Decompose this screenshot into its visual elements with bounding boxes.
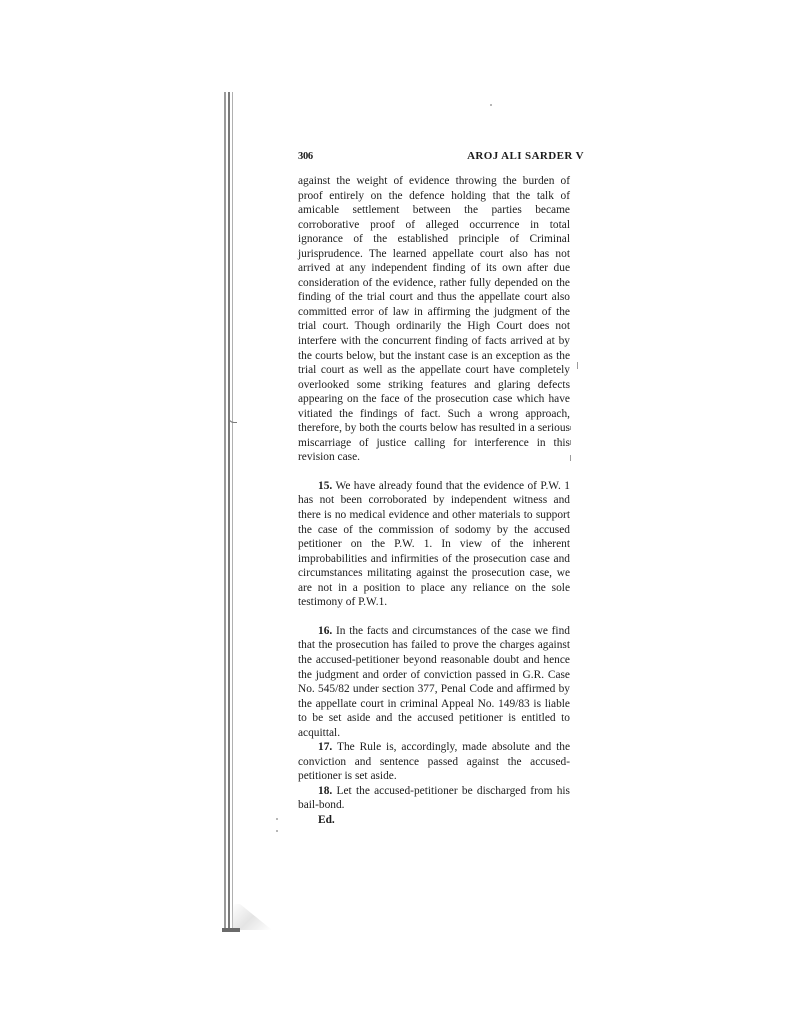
binding-shadow <box>232 904 272 930</box>
case-title: AROJ ALI SARDER V <box>467 150 584 162</box>
binding-line <box>232 92 233 930</box>
paragraph-16: 16. In the facts and circumstances of th… <box>298 624 570 740</box>
document-page: 306 AROJ ALI SARDER V against the weight… <box>298 150 570 828</box>
paragraph-number: 17. <box>318 741 332 753</box>
scanned-page: 306 AROJ ALI SARDER V against the weight… <box>0 0 791 1023</box>
binding-foot <box>222 928 240 932</box>
margin-mark <box>577 362 578 369</box>
paragraph-text: In the facts and circumstances of the ca… <box>298 625 570 739</box>
margin-mark <box>570 426 571 430</box>
paragraph-17: 17. The Rule is, accordingly, made absol… <box>298 740 570 784</box>
paragraph-gap <box>298 465 570 479</box>
paragraph-gap <box>298 610 570 624</box>
paragraph-text: We have already found that the evidence … <box>298 480 570 608</box>
paragraph-18: 18. Let the accused-petitioner be discha… <box>298 784 570 813</box>
speck <box>276 830 278 832</box>
margin-mark <box>570 455 571 461</box>
running-head: 306 AROJ ALI SARDER V <box>298 150 570 168</box>
binding-line <box>224 92 226 930</box>
binding-curl <box>228 410 237 423</box>
paragraph-text: The Rule is, accordingly, made absolute … <box>298 741 570 782</box>
binding-line <box>228 92 230 930</box>
paragraph-number: 18. <box>318 785 332 797</box>
paragraph-continuation: against the weight of evidence throwing … <box>298 174 570 465</box>
paragraph-text: against the weight of evidence throwing … <box>298 175 570 463</box>
margin-mark <box>570 440 571 445</box>
body-text: against the weight of evidence throwing … <box>298 174 570 828</box>
editor-signoff: Ed. <box>298 813 570 828</box>
paragraph-number: 16. <box>318 625 332 637</box>
paragraph-15: 15. We have already found that the evide… <box>298 479 570 610</box>
page-number: 306 <box>298 151 313 162</box>
paragraph-text: Let the accused-petitioner be discharged… <box>298 785 570 812</box>
speck <box>276 818 278 820</box>
paragraph-number: 15. <box>318 480 332 492</box>
book-binding-edge <box>222 92 240 930</box>
speck <box>490 104 492 106</box>
